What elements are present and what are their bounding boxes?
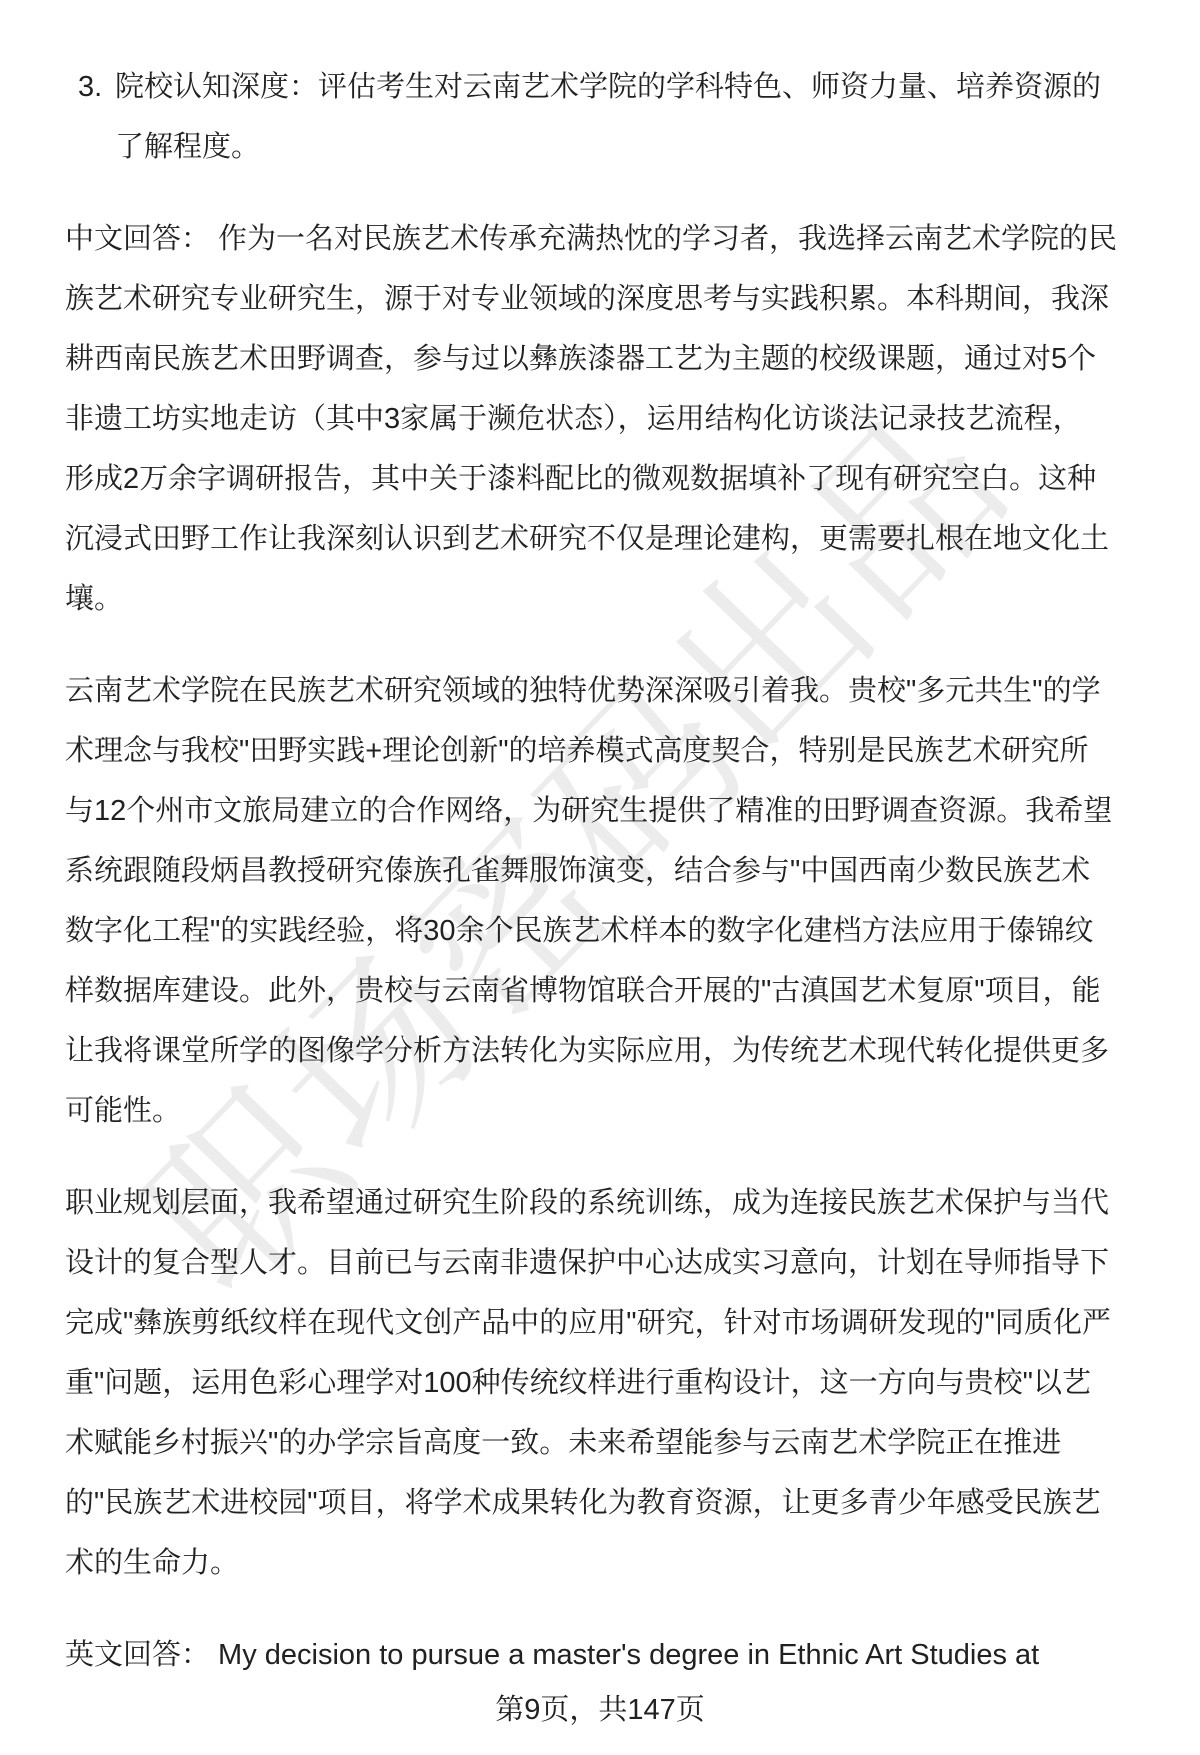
list-item-marker: 3.	[78, 57, 115, 117]
text-line: 云南艺术学院在民族艺术研究领域的独特优势深深吸引着我。贵校"多元共生"的学	[65, 661, 1135, 721]
text-line: 了解程度。	[115, 117, 1101, 177]
text-line: 壤。	[65, 569, 1135, 629]
text-line: 与12个州市文旅局建立的合作网络，为研究生提供了精准的田野调查资源。我希望	[65, 781, 1135, 841]
text-line: 让我将课堂所学的图像学分析方法转化为实际应用，为传统艺术现代转化提供更多	[65, 1021, 1135, 1081]
text-line: 术的生命力。	[65, 1533, 1135, 1593]
list-item-3: 3. 院校认知深度：评估考生对云南艺术学院的学科特色、师资力量、培养资源的 了解…	[65, 57, 1135, 177]
text-line: 中文回答： 作为一名对民族艺术传承充满热忱的学习者，我选择云南艺术学院的民	[65, 209, 1135, 269]
page-footer: 第9页，共147页	[0, 1685, 1200, 1735]
text-line: 院校认知深度：评估考生对云南艺术学院的学科特色、师资力量、培养资源的	[115, 57, 1101, 117]
text-line: 职业规划层面，我希望通过研究生阶段的系统训练，成为连接民族艺术保护与当代	[65, 1173, 1135, 1233]
text-line: 数字化工程"的实践经验，将30余个民族艺术样本的数字化建档方法应用于傣锦纹	[65, 901, 1135, 961]
paragraph-cn-answer: 中文回答： 作为一名对民族艺术传承充满热忱的学习者，我选择云南艺术学院的民 族艺…	[65, 209, 1135, 629]
text-line: 可能性。	[65, 1081, 1135, 1141]
document-page: 职场密码出品 3. 院校认知深度：评估考生对云南艺术学院的学科特色、师资力量、培…	[0, 0, 1200, 1755]
text-line: 设计的复合型人才。目前已与云南非遗保护中心达成实习意向，计划在导师指导下	[65, 1233, 1135, 1293]
text-line: 重"问题，运用色彩心理学对100种传统纹样进行重构设计，这一方向与贵校"以艺	[65, 1353, 1135, 1413]
text-line: 耕西南民族艺术田野调查，参与过以彝族漆器工艺为主题的校级课题，通过对5个	[65, 329, 1135, 389]
paragraph-career-plan: 职业规划层面，我希望通过研究生阶段的系统训练，成为连接民族艺术保护与当代 设计的…	[65, 1173, 1135, 1593]
text-line: 系统跟随段炳昌教授研究傣族孔雀舞服饰演变，结合参与"中国西南少数民族艺术	[65, 841, 1135, 901]
text-line: 术理念与我校"田野实践+理论创新"的培养模式高度契合，特别是民族艺术研究所	[65, 721, 1135, 781]
text-line: 的"民族艺术进校园"项目，将学术成果转化为教育资源，让更多青少年感受民族艺	[65, 1473, 1135, 1533]
page-content: 3. 院校认知深度：评估考生对云南艺术学院的学科特色、师资力量、培养资源的 了解…	[65, 57, 1135, 1685]
text-line: 族艺术研究专业研究生，源于对专业领域的深度思考与实践积累。本科期间，我深	[65, 269, 1135, 329]
paragraph-school-advantages: 云南艺术学院在民族艺术研究领域的独特优势深深吸引着我。贵校"多元共生"的学 术理…	[65, 661, 1135, 1141]
text-line: 沉浸式田野工作让我深刻认识到艺术研究不仅是理论建构，更需要扎根在地文化土	[65, 509, 1135, 569]
text-line: 英文回答： My decision to pursue a master's d…	[65, 1625, 1135, 1685]
paragraph-en-answer: 英文回答： My decision to pursue a master's d…	[65, 1625, 1135, 1685]
text-line: 非遗工坊实地走访（其中3家属于濒危状态），运用结构化访谈法记录技艺流程，	[65, 389, 1135, 449]
text-line: 样数据库建设。此外，贵校与云南省博物馆联合开展的"古滇国艺术复原"项目，能	[65, 961, 1135, 1021]
text-line: 术赋能乡村振兴"的办学宗旨高度一致。未来希望能参与云南艺术学院正在推进	[65, 1413, 1135, 1473]
text-line: 完成"彝族剪纸纹样在现代文创产品中的应用"研究，针对市场调研发现的"同质化严	[65, 1293, 1135, 1353]
text-line: 形成2万余字调研报告，其中关于漆料配比的微观数据填补了现有研究空白。这种	[65, 449, 1135, 509]
list-item-text: 院校认知深度：评估考生对云南艺术学院的学科特色、师资力量、培养资源的 了解程度。	[115, 57, 1101, 177]
